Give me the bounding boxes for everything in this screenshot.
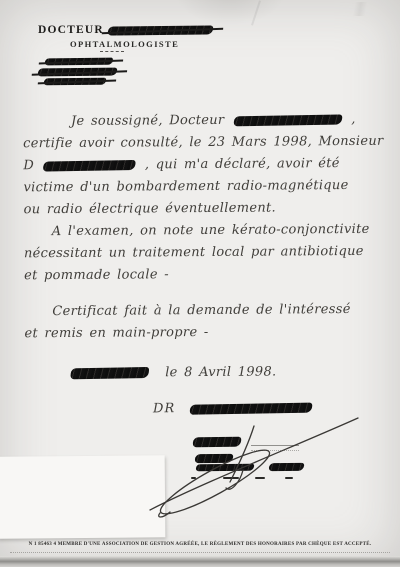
body-text: Je soussigné, Docteur: [71, 113, 225, 129]
redacted-address-block: [38, 58, 213, 85]
body-line: ou radio électrique éventuellement.: [24, 197, 388, 222]
body-text: , qui m'a déclaré, avoir été: [145, 156, 340, 172]
body-text: D: [23, 158, 34, 173]
body-line: certifie avoir consulté, le 23 Mars 1998…: [23, 131, 387, 156]
divider-dashes: [100, 51, 124, 52]
redaction-address-line: [44, 78, 107, 86]
body-line: et remis en main-propre -: [24, 321, 388, 346]
date-text: le 8 Avril 1998.: [165, 365, 276, 381]
page-bottom-shadow: [0, 556, 400, 567]
paper-crease: [330, 2, 390, 16]
handwritten-body: Je soussigné, Docteur , certifie avoir c…: [23, 109, 389, 422]
perforation-line: [10, 552, 390, 553]
body-line: nécessitant un traitement local par anti…: [24, 241, 388, 266]
scanned-medical-certificate: DOCTEUR OPHTALMOLOGISTE Je soussigné, Do…: [0, 0, 400, 567]
body-text: ,: [351, 112, 356, 127]
doctor-title-line: DOCTEUR: [38, 24, 213, 36]
redaction-place-name: [70, 367, 149, 379]
letterhead: DOCTEUR OPHTALMOLOGISTE: [38, 24, 213, 88]
footer-legal-text: N 1 85463 4 MEMBRE D'UNE ASSOCIATION DE …: [0, 542, 400, 547]
date-line: le 8 Avril 1998.: [25, 361, 389, 386]
redaction-patient-name: [43, 160, 136, 172]
redaction-doctor-name-handwritten: [233, 114, 342, 126]
redaction-address-line: [45, 58, 114, 66]
body-line: Je soussigné, Docteur ,: [23, 109, 387, 134]
body-line: D , qui m'a déclaré, avoir été: [23, 153, 387, 178]
body-line: et pommade locale -: [24, 263, 388, 288]
doctor-label: DOCTEUR: [38, 24, 104, 36]
handwritten-signature: [130, 408, 400, 526]
body-line: A l'examen, on note une kérato-conjoncti…: [24, 219, 388, 244]
redaction-doctor-name: [108, 25, 214, 35]
specialty-label: OPHTALMOLOGISTE: [70, 39, 213, 49]
redaction-address-line: [38, 67, 118, 76]
body-line: Certificat fait à la demande de l'intére…: [24, 299, 388, 324]
paper-crease: [251, 0, 261, 25]
body-line: victime d'un bombardement radio-magnétiq…: [23, 175, 387, 200]
